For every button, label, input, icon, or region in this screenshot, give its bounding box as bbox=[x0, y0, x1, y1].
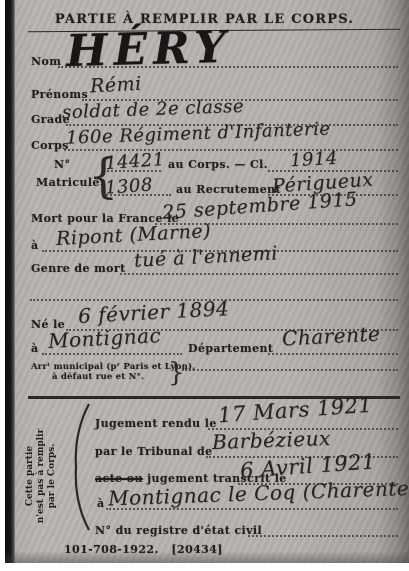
sidebar-brace-icon bbox=[70, 402, 92, 532]
sidebar-note-line1: Cette partie bbox=[25, 446, 35, 506]
mort-lieu-label: à bbox=[31, 239, 39, 252]
jugement-rendu-label: Jugement rendu le bbox=[95, 417, 217, 430]
departement-line bbox=[268, 352, 398, 355]
transcrit-lieu-line bbox=[106, 507, 398, 510]
arrondissement-label-line2: à défaut rue et N°. bbox=[52, 372, 144, 382]
sidebar-note-line3: par le Corps. bbox=[47, 444, 57, 509]
tribunal-value: Barbézieux bbox=[212, 426, 332, 454]
genre-mort-line bbox=[120, 272, 398, 275]
sidebar-note-line2: n'est pas à remplir bbox=[36, 429, 46, 524]
genre-mort-label: Genre de mort bbox=[31, 262, 126, 275]
prenoms-label: Prénoms bbox=[31, 88, 88, 101]
matricule-recrutement-line1 bbox=[103, 193, 171, 196]
departement-label: Département bbox=[188, 342, 273, 355]
matricule-classe-value: 1914 bbox=[289, 148, 338, 171]
scanned-record-card: PARTIE À REMPLIR PAR LE CORPS. HÉRY Nom … bbox=[0, 0, 409, 571]
bottom-edge-shadow bbox=[5, 551, 409, 563]
left-binding-band bbox=[5, 0, 15, 563]
nom-label: Nom bbox=[31, 55, 61, 68]
ne-lieu-line bbox=[42, 352, 182, 355]
tribunal-label: par le Tribunal de bbox=[95, 445, 213, 458]
transcrit-struck-text: acte ou bbox=[95, 472, 143, 485]
arrondissement-line bbox=[182, 368, 398, 371]
nom-line bbox=[58, 65, 398, 68]
nom-value: HÉRY bbox=[65, 22, 232, 77]
registre-line bbox=[248, 534, 398, 537]
departement-value: Charente bbox=[281, 321, 380, 350]
ne-lieu-label: à bbox=[31, 342, 39, 355]
transcrit-lieu-label: à bbox=[97, 497, 105, 510]
sidebar-note: Cette partie n'est pas à remplir par le … bbox=[25, 401, 61, 551]
arrondissement-brace-icon: } bbox=[168, 358, 185, 388]
matricule-corps-label: au Corps. — Cl. bbox=[168, 158, 268, 171]
matricule-label-line1: N° bbox=[54, 158, 70, 171]
registre-label: N° du registre d'état civil bbox=[95, 524, 262, 537]
matricule-corps-line bbox=[103, 169, 161, 172]
prenoms-value: Rémi bbox=[89, 73, 142, 98]
